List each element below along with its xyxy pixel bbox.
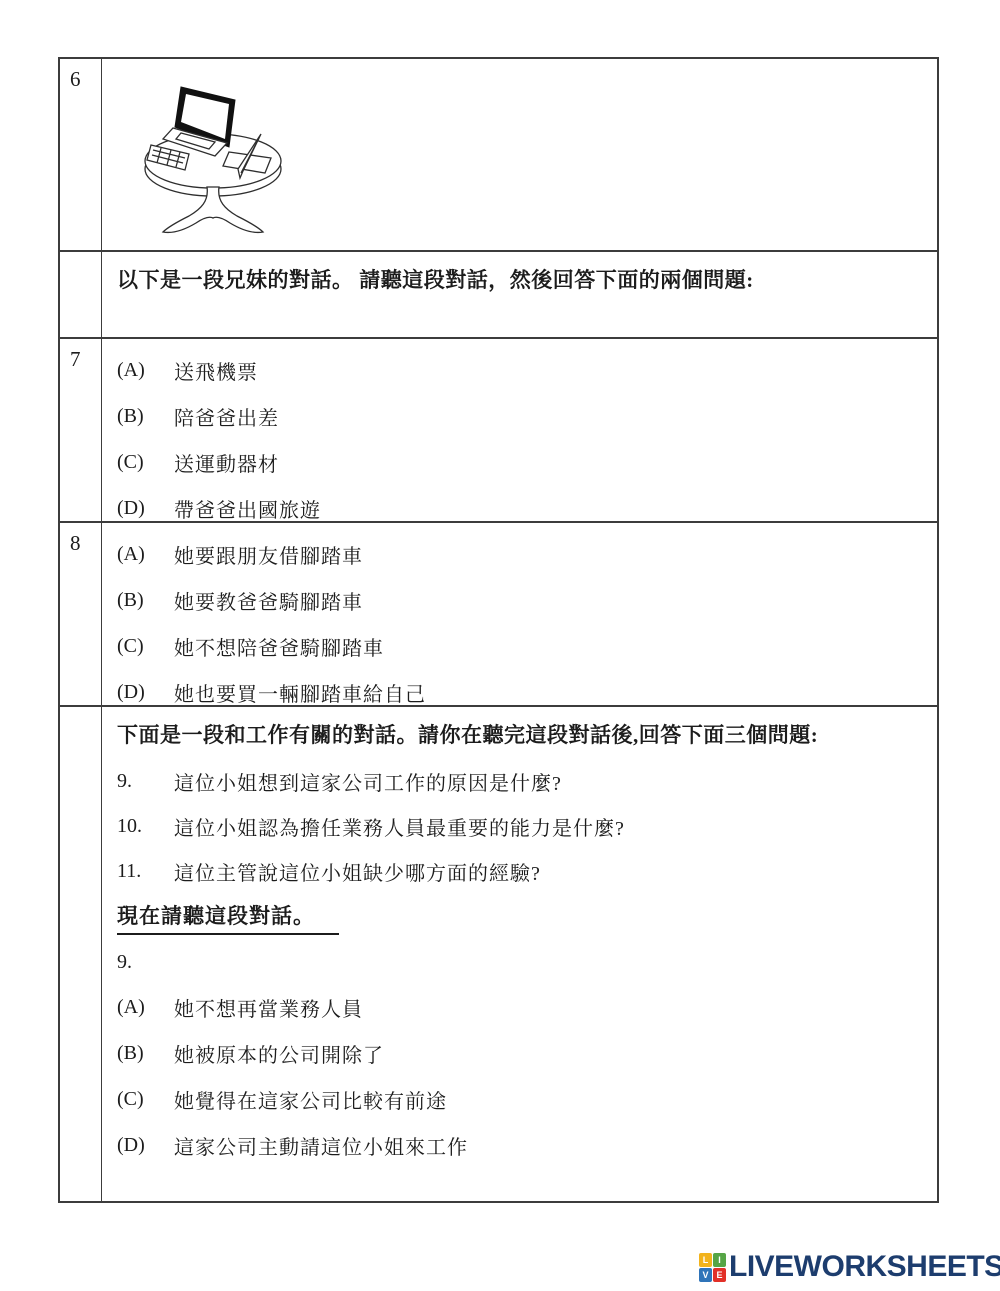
option-b[interactable]: (B) 陪爸爸出差: [117, 393, 937, 439]
question-7-options: (A) 送飛機票 (B) 陪爸爸出差 (C) 送運動器材 (D) 帶爸爸出國旅遊: [102, 339, 937, 521]
option-label: (C): [117, 1088, 174, 1111]
liveworksheets-wordmark: LIVEWORKSHEETS: [729, 1251, 1000, 1283]
option-label: (C): [117, 635, 174, 658]
option-label: (B): [117, 405, 174, 428]
option-d[interactable]: (D) 這家公司主動請這位小姐來工作: [117, 1122, 937, 1168]
preview-question-11: 11. 這位主管說這位小姐缺少哪方面的經驗?: [117, 849, 937, 894]
option-label: (B): [117, 589, 174, 612]
option-label: (D): [117, 497, 174, 520]
worksheet-table: 6: [58, 57, 939, 1203]
liveworksheets-logo-icon: L I V E: [699, 1253, 726, 1282]
dialogue-instruction: 以下是一段兄妹的對話。 請聽這段對話，然後回答下面的兩個問題:: [102, 252, 937, 337]
question-number-cell: 8: [60, 523, 102, 705]
option-b[interactable]: (B) 她要教爸爸騎腳踏車: [117, 577, 937, 623]
option-a[interactable]: (A) 她要跟朋友借腳踏車: [117, 531, 937, 577]
option-label: (D): [117, 1134, 174, 1157]
table-row: 下面是一段和工作有關的對話。請你在聽完這段對話後,回答下面三個問題: 9. 這位…: [60, 707, 937, 1201]
question-text: 這位主管說這位小姐缺少哪方面的經驗?: [174, 857, 541, 886]
option-b[interactable]: (B) 她被原本的公司開除了: [117, 1030, 937, 1076]
option-c[interactable]: (C) 送運動器材: [117, 439, 937, 485]
question-number: 11.: [117, 860, 174, 883]
option-text: 這家公司主動請這位小姐來工作: [174, 1131, 468, 1160]
liveworksheets-logo[interactable]: L I V E LIVEWORKSHEETS: [699, 1251, 1000, 1283]
option-label: (C): [117, 451, 174, 474]
option-text: 她要跟朋友借腳踏車: [174, 540, 363, 569]
question-text: 這位小姐想到這家公司工作的原因是什麼?: [174, 767, 562, 796]
option-text: 帶爸爸出國旅遊: [174, 494, 321, 523]
question-number-cell: 7: [60, 339, 102, 521]
logo-square-l: L: [699, 1253, 712, 1267]
option-text: 她不想陪爸爸騎腳踏車: [174, 632, 384, 661]
instruction-text: 以下是一段兄妹的對話。 請聽這段對話，然後回答下面的兩個問題:: [117, 252, 937, 294]
question-number: 9.: [117, 770, 174, 793]
option-label: (B): [117, 1042, 174, 1065]
logo-square-i: I: [713, 1253, 726, 1267]
question-text: 這位小姐認為擔任業務人員最重要的能力是什麼?: [174, 812, 625, 841]
question-6-content: [102, 59, 937, 250]
listen-prompt-line: 現在請聽這段對話。: [117, 894, 937, 940]
question-9-number-line: 9.: [117, 940, 937, 984]
table-row: 6: [60, 59, 937, 252]
question-9-options: (A) 她不想再當業務人員 (B) 她被原本的公司開除了 (C) 她覺得在這家公…: [117, 984, 937, 1168]
option-label: (A): [117, 543, 174, 566]
table-row: 以下是一段兄妹的對話。 請聽這段對話，然後回答下面的兩個問題:: [60, 252, 937, 339]
table-row: 7 (A) 送飛機票 (B) 陪爸爸出差 (C) 送運動器材 (D) 帶爸爸出國…: [60, 339, 937, 523]
section-heading: 下面是一段和工作有關的對話。請你在聽完這段對話後,回答下面三個問題:: [117, 719, 937, 749]
preview-question-list: 9. 這位小姐想到這家公司工作的原因是什麼? 10. 這位小姐認為擔任業務人員最…: [117, 759, 937, 894]
question-number-cell: [60, 252, 102, 337]
table-row: 8 (A) 她要跟朋友借腳踏車 (B) 她要教爸爸騎腳踏車 (C) 她不想陪爸爸…: [60, 523, 937, 707]
option-text: 她要教爸爸騎腳踏車: [174, 586, 363, 615]
desk-with-laptop-illustration: [141, 81, 285, 239]
option-label: (A): [117, 359, 174, 382]
option-text: 她被原本的公司開除了: [174, 1039, 384, 1068]
option-text: 她也要買一輛腳踏車給自己: [174, 678, 426, 707]
option-label: (D): [117, 681, 174, 704]
option-text: 她覺得在這家公司比較有前途: [174, 1085, 447, 1114]
option-a[interactable]: (A) 她不想再當業務人員: [117, 984, 937, 1030]
question-number-cell: [60, 707, 102, 1201]
option-c[interactable]: (C) 她不想陪爸爸騎腳踏車: [117, 623, 937, 669]
work-dialogue-section: 下面是一段和工作有關的對話。請你在聽完這段對話後,回答下面三個問題: 9. 這位…: [102, 707, 937, 1201]
option-a[interactable]: (A) 送飛機票: [117, 347, 937, 393]
logo-square-e: E: [713, 1268, 726, 1282]
logo-square-v: V: [699, 1268, 712, 1282]
option-label: (A): [117, 996, 174, 1019]
option-text: 送飛機票: [174, 356, 258, 385]
listen-prompt: 現在請聽這段對話。: [117, 900, 339, 935]
option-text: 她不想再當業務人員: [174, 993, 363, 1022]
question-number: 10.: [117, 815, 174, 838]
question-8-options: (A) 她要跟朋友借腳踏車 (B) 她要教爸爸騎腳踏車 (C) 她不想陪爸爸騎腳…: [102, 523, 937, 705]
preview-question-10: 10. 這位小姐認為擔任業務人員最重要的能力是什麼?: [117, 804, 937, 849]
option-text: 陪爸爸出差: [174, 402, 279, 431]
option-c[interactable]: (C) 她覺得在這家公司比較有前途: [117, 1076, 937, 1122]
option-text: 送運動器材: [174, 448, 279, 477]
preview-question-9: 9. 這位小姐想到這家公司工作的原因是什麼?: [117, 759, 937, 804]
question-number-cell: 6: [60, 59, 102, 250]
